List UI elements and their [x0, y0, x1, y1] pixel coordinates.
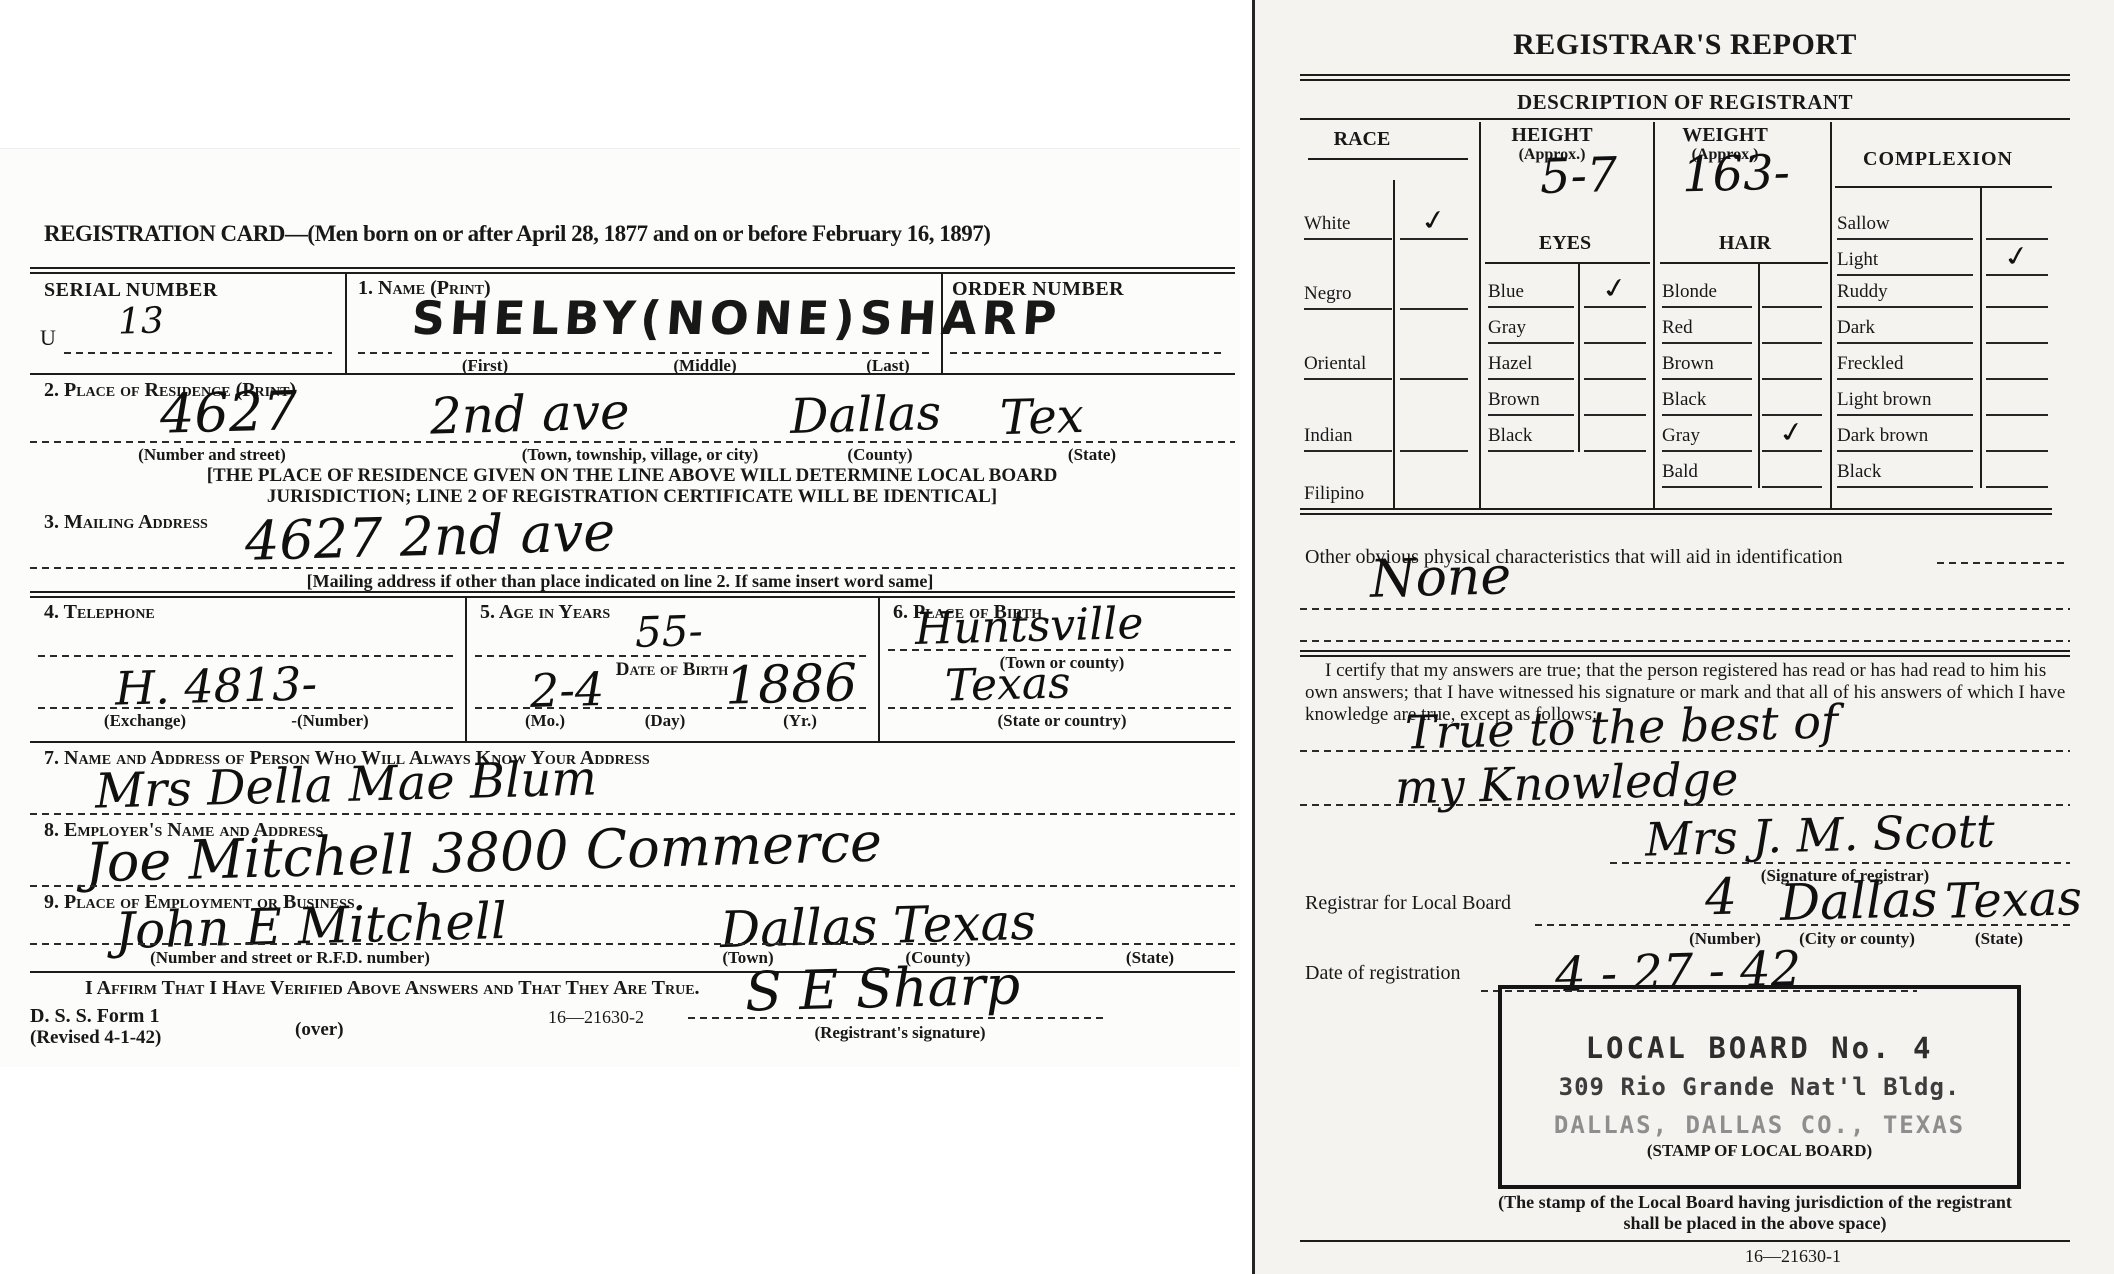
over-note: (over)	[295, 1019, 344, 1041]
complexion-black-mark-cell	[1986, 454, 2048, 488]
registrant-signature-sublabel: (Registrant's signature)	[814, 1023, 985, 1043]
eyes-header: EYES	[1539, 232, 1591, 255]
height-value: 5-7	[1539, 147, 1618, 205]
divider	[1980, 186, 1982, 488]
complexion-light-mark-cell: ✓	[1986, 242, 2048, 276]
order-number-label: ORDER NUMBER	[952, 278, 1124, 301]
complexion-option-black: Black	[1837, 460, 1973, 488]
eye-option-blue: Blue	[1488, 280, 1574, 308]
local-board-number-value: 4	[1704, 868, 1737, 927]
dotted-line	[688, 1017, 1103, 1019]
hair-option-blonde: Blonde	[1662, 280, 1752, 308]
divider	[345, 274, 347, 374]
local-board-state-value: Texas	[1944, 870, 2082, 930]
dotted-line	[1300, 640, 2070, 642]
dotted-line	[950, 352, 1225, 354]
checkmark-icon: ✓	[1598, 271, 1632, 307]
complexion-option-dark: Dark	[1837, 316, 1973, 344]
local-board-city-value: Dallas	[1779, 870, 1938, 932]
hair-header: HAIR	[1719, 232, 1771, 255]
complexion-freckled-mark-cell	[1986, 346, 2048, 380]
residence-sublabel: (County)	[847, 445, 912, 465]
registration-card-title: REGISTRATION CARD—(Men born on or after …	[44, 221, 990, 247]
dotted-line	[1300, 608, 2070, 610]
divider	[1485, 262, 1650, 264]
divider	[1835, 186, 2052, 188]
description-subtitle: DESCRIPTION OF REGISTRANT	[1517, 90, 1853, 115]
local-board-city-sublabel: (City or county)	[1799, 929, 1915, 949]
registrant-signature: S E Sharp	[744, 953, 1021, 1023]
serial-number-value: 13	[117, 300, 164, 342]
eye-gray-mark-cell	[1584, 310, 1646, 344]
dotted-line	[30, 885, 1235, 887]
hair-brown-mark-cell	[1762, 346, 1822, 380]
birthplace-town-value: Huntsville	[914, 598, 1144, 655]
mailing-address-value: 4627 2nd ave	[244, 500, 616, 573]
print-code: 16—21630-1	[1745, 1246, 1841, 1267]
residence-sublabel: (Town, township, village, or city)	[522, 445, 759, 465]
residence-sublabel: (State)	[1068, 445, 1116, 465]
divider	[1830, 122, 1832, 510]
complexion-option-freckled: Freckled	[1837, 352, 1973, 380]
hair-gray-mark-cell: ✓	[1762, 418, 1822, 452]
employment-sublabel: (State)	[1126, 948, 1174, 968]
jurisdiction-note-line2: JURISDICTION; LINE 2 OF REGISTRATION CER…	[267, 486, 997, 508]
registrars-report: REGISTRAR'S REPORT DESCRIPTION OF REGIST…	[1252, 0, 2114, 1274]
residence-number-value: 4627	[159, 379, 298, 446]
race-option-negro: Negro	[1304, 282, 1392, 310]
local-board-state-sublabel: (State)	[1975, 929, 2023, 949]
form-revision: (Revised 4-1-42)	[30, 1027, 161, 1049]
dotted-line	[888, 649, 1235, 651]
race-option-indian: Indian	[1304, 424, 1392, 452]
registrars-report-title: REGISTRAR'S REPORT	[1513, 28, 1857, 62]
eye-black-mark-cell	[1584, 418, 1646, 452]
hair-red-mark-cell	[1762, 310, 1822, 344]
registrar-signature: Mrs J. M. Scott	[1644, 803, 1995, 866]
stamp-note-line2: shall be placed in the above space)	[1623, 1213, 1886, 1234]
divider	[1653, 122, 1655, 510]
hair-option-brown: Brown	[1662, 352, 1752, 380]
dotted-line	[1610, 862, 2070, 864]
complexion-option-light-brown: Light brown	[1837, 388, 1973, 416]
serial-number-label: SERIAL NUMBER	[44, 279, 218, 302]
eye-brown-mark-cell	[1584, 382, 1646, 416]
dotted-line	[475, 707, 870, 709]
divider	[1660, 262, 1828, 264]
divider	[1393, 180, 1395, 510]
dotted-line	[38, 655, 458, 657]
mailing-address-label: 3. Mailing Address	[44, 511, 208, 534]
divider	[30, 373, 1235, 375]
stamp-note-line1: (The stamp of the Local Board having jur…	[1498, 1192, 2012, 1213]
race-header: RACE	[1334, 128, 1391, 151]
form-number: D. S. S. Form 1	[30, 1005, 159, 1028]
complexion-ruddy-mark-cell	[1986, 274, 2048, 308]
other-characteristics-value: None	[1369, 546, 1512, 610]
eye-option-black: Black	[1488, 424, 1574, 452]
race-option-filipino: Filipino	[1304, 482, 1392, 508]
residence-town-value: 2nd ave	[429, 382, 630, 445]
complexion-option-dark-brown: Dark brown	[1837, 424, 1973, 452]
print-code: 16—21630-2	[548, 1007, 644, 1028]
jurisdiction-note-line1: [THE PLACE OF RESIDENCE GIVEN ON THE LIN…	[207, 465, 1058, 487]
hair-option-gray: Gray	[1662, 424, 1752, 452]
divider	[1479, 122, 1481, 510]
hair-option-bald: Bald	[1662, 460, 1752, 488]
weight-header: WEIGHT	[1682, 124, 1768, 147]
stamp-caption: (STAMP OF LOCAL BOARD)	[1647, 1141, 1872, 1161]
stamp-board-address: 309 Rio Grande Nat'l Bldg.	[1502, 1073, 2017, 1101]
dotted-line	[1535, 924, 2070, 926]
race-white-mark-cell: ✓	[1400, 206, 1468, 240]
hair-bald-mark-cell	[1762, 454, 1822, 488]
divider	[1300, 1240, 2070, 1242]
date-of-birth-label: Date of Birth	[616, 659, 729, 681]
telephone-exchange-sublabel: (Exchange)	[104, 711, 186, 731]
divider	[1578, 262, 1580, 452]
telephone-label: 4. Telephone	[44, 601, 155, 624]
complexion-option-sallow: Sallow	[1837, 212, 1973, 240]
serial-prefix: U	[40, 325, 56, 351]
birthplace-state-sublabel: (State or country)	[997, 711, 1126, 731]
residence-sublabel: (Number and street)	[138, 445, 286, 465]
divider	[1300, 508, 2052, 515]
hair-option-red: Red	[1662, 316, 1752, 344]
weight-value: 163-	[1681, 145, 1790, 204]
employment-sublabel: (Number and street or R.F.D. number)	[150, 948, 430, 968]
local-board-label: Registrar for Local Board	[1305, 892, 1511, 915]
complexion-sallow-mark-cell	[1986, 206, 2048, 240]
complexion-option-ruddy: Ruddy	[1837, 280, 1973, 308]
affirmation-text: I Affirm That I Have Verified Above Answ…	[85, 977, 700, 1000]
race-indian-mark-cell	[1400, 418, 1468, 452]
complexion-light-brown-mark-cell	[1986, 382, 2048, 416]
race-negro-mark-cell	[1400, 276, 1468, 310]
age-value: 55-	[634, 606, 703, 657]
divider	[878, 596, 880, 742]
divider	[1300, 118, 2070, 120]
registration-date-label: Date of registration	[1305, 962, 1461, 985]
divider	[30, 591, 1235, 598]
complexion-dark-mark-cell	[1986, 310, 2048, 344]
divider	[30, 971, 1235, 973]
dotted-line	[1937, 562, 2067, 564]
stamp-board-city: DALLAS, DALLAS CO., TEXAS	[1502, 1111, 2017, 1139]
eye-option-hazel: Hazel	[1488, 352, 1574, 380]
dotted-line	[64, 352, 332, 354]
dotted-line	[358, 352, 933, 354]
divider	[30, 741, 1235, 743]
local-board-stamp-box: LOCAL BOARD No. 4 309 Rio Grande Nat'l B…	[1498, 985, 2021, 1189]
race-option-white: White	[1304, 212, 1392, 240]
divider	[465, 596, 467, 742]
dotted-line	[38, 707, 458, 709]
residence-county-value: Dallas	[789, 385, 941, 445]
divider	[1300, 650, 2070, 657]
dob-year-sublabel: (Yr.)	[783, 711, 817, 731]
age-label: 5. Age in Years	[480, 601, 610, 624]
dotted-line	[30, 567, 1235, 569]
eye-hazel-mark-cell	[1584, 346, 1646, 380]
checkmark-icon: ✓	[1775, 415, 1809, 451]
dob-day-sublabel: (Day)	[645, 711, 686, 731]
hair-option-black: Black	[1662, 388, 1752, 416]
checkmark-icon: ✓	[1417, 203, 1451, 239]
mailing-address-note: [Mailing address if other than place ind…	[307, 571, 934, 592]
complexion-dark-brown-mark-cell	[1986, 418, 2048, 452]
eye-option-brown: Brown	[1488, 388, 1574, 416]
telephone-number-sublabel: -(Number)	[291, 711, 368, 731]
divider	[1300, 74, 2070, 81]
dotted-line	[30, 813, 1235, 815]
height-header: HEIGHT	[1511, 124, 1592, 147]
eye-option-gray: Gray	[1488, 316, 1574, 344]
hair-blonde-mark-cell	[1762, 274, 1822, 308]
description-table: RACE HEIGHT (Approx.) WEIGHT (Approx.) C…	[1300, 122, 2070, 517]
checkmark-icon: ✓	[2000, 239, 2034, 275]
dotted-line	[30, 943, 1235, 945]
divider	[1308, 158, 1468, 160]
eye-blue-mark-cell: ✓	[1584, 274, 1646, 308]
dotted-line	[30, 441, 1235, 443]
dotted-line	[888, 707, 1235, 709]
dotted-line	[1300, 750, 2070, 752]
draft-card-scan: REGISTRATION CARD—(Men born on or after …	[0, 0, 2114, 1274]
divider	[30, 267, 1235, 274]
hair-black-mark-cell	[1762, 382, 1822, 416]
complexion-header: COMPLEXION	[1863, 148, 2013, 171]
birthplace-state-value: Texas	[944, 657, 1071, 711]
registration-card: REGISTRATION CARD—(Men born on or after …	[0, 148, 1240, 1067]
divider	[1758, 262, 1760, 488]
complexion-option-light: Light	[1837, 248, 1973, 276]
race-option-oriental: Oriental	[1304, 352, 1392, 380]
contact-value: Mrs Della Mae Blum	[94, 750, 597, 819]
stamp-board-name: LOCAL BOARD No. 4	[1502, 1031, 2017, 1065]
race-oriental-mark-cell	[1400, 346, 1468, 380]
date-of-birth-value: 2-4	[529, 662, 604, 718]
residence-state-value: Tex	[999, 388, 1084, 446]
dob-month-sublabel: (Mo.)	[525, 711, 565, 731]
